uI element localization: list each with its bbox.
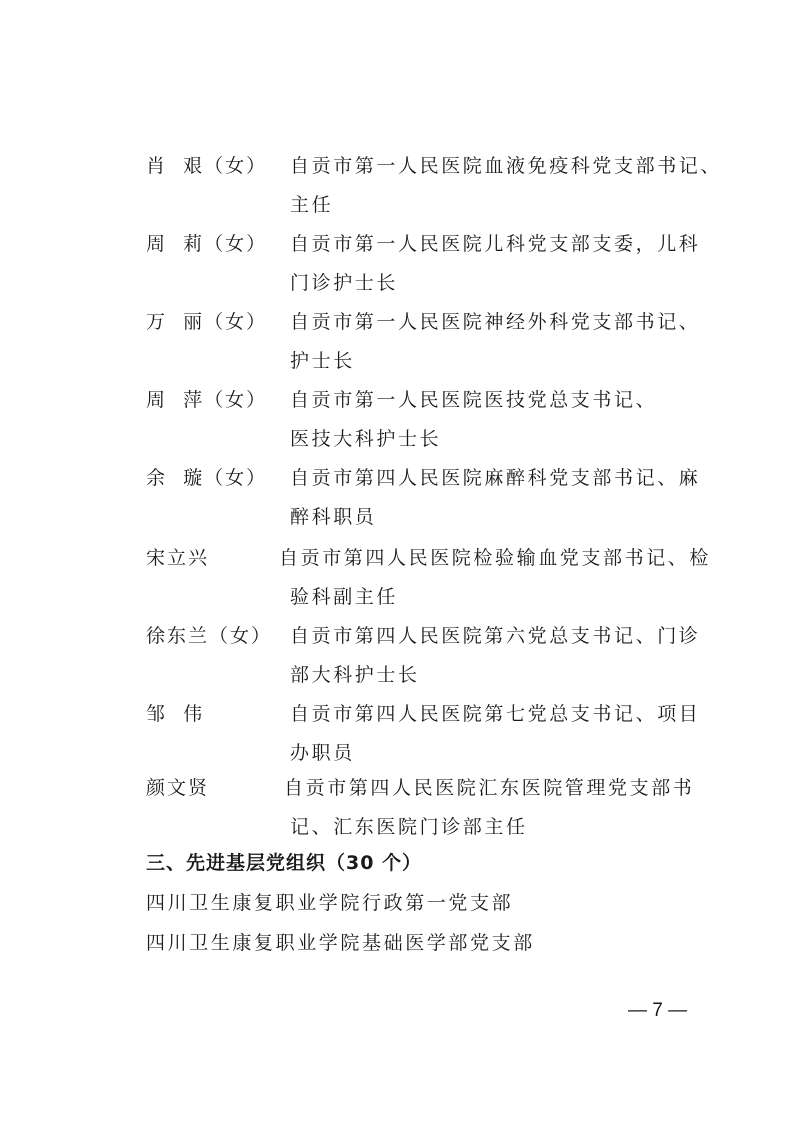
honoree-name: 周 萍（女） (146, 381, 267, 420)
honoree-name: 徐东兰（女） (146, 617, 272, 656)
honoree-title-cont: 记、汇东医院门诊部主任 (290, 808, 528, 847)
honoree-name: 周 莉（女） (146, 225, 267, 264)
honoree-title-cont: 医技大科护士长 (290, 420, 441, 459)
honoree-title-cont: 醉科职员 (290, 498, 376, 537)
organization-item: 四川卫生康复职业学院行政第一党支部 (146, 884, 513, 923)
organization-item: 四川卫生康复职业学院基础医学部党支部 (146, 924, 535, 963)
honoree-title-cont: 办职员 (290, 734, 355, 773)
honoree-title: 自贡市第四人民医院第六党总支书记、门诊 (290, 617, 700, 656)
honoree-title-cont: 门诊护士长 (290, 264, 398, 303)
honoree-name: 邹 伟 (146, 695, 204, 734)
honoree-name: 万 丽（女） (146, 303, 267, 342)
honoree-title: 自贡市第一人民医院医技党总支书记、 (290, 381, 657, 420)
honoree-name: 余 璇（女） (146, 459, 267, 498)
honoree-title: 自贡市第四人民医院汇东医院管理党支部书 (284, 769, 694, 808)
page-number: — 7 — (628, 996, 687, 1026)
honoree-title-cont: 验科副主任 (290, 578, 398, 617)
honoree-title: 自贡市第四人民医院麻醉科党支部书记、麻 (290, 459, 700, 498)
document-page: 肖 艰（女） 自贡市第一人民医院血液免疫科党支部书记、 主任 周 莉（女） 自贡… (0, 0, 793, 1122)
honoree-title-cont: 主任 (290, 186, 333, 225)
honoree-title: 自贡市第一人民医院神经外科党支部书记、 (290, 303, 700, 342)
section-heading: 三、先进基层党组织（30 个） (146, 844, 422, 883)
honoree-title: 自贡市第一人民医院血液免疫科党支部书记、 (290, 147, 722, 186)
honoree-name: 颜文贤 (146, 769, 209, 808)
honoree-name: 宋立兴 (146, 539, 209, 578)
honoree-title: 自贡市第四人民医院检验输血党支部书记、检 (279, 539, 711, 578)
honoree-title-cont: 护士长 (290, 342, 355, 381)
honoree-title-cont: 部大科护士长 (290, 656, 420, 695)
honoree-name: 肖 艰（女） (146, 147, 267, 186)
honoree-title: 自贡市第一人民医院儿科党支部支委，儿科 (290, 225, 700, 264)
honoree-title: 自贡市第四人民医院第七党总支书记、项目 (290, 695, 700, 734)
